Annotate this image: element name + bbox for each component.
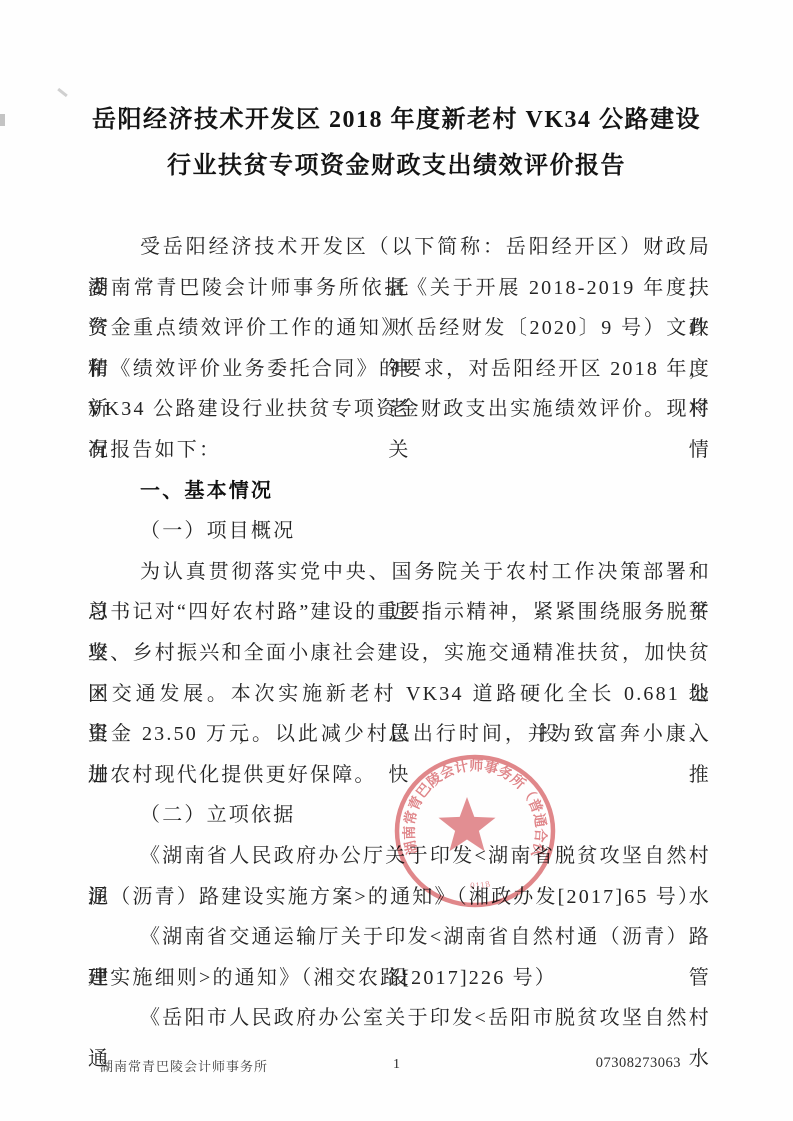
body-line: 和《绩效评价业务委托合同》的要求，对岳阳经开区 2018 年度新老村 xyxy=(88,349,711,390)
body-line: 资金重点绩效评价工作的通知》（岳经财发〔2020〕9 号）文件精神， xyxy=(88,308,711,349)
report-body: 受岳阳经济技术开发区（以下简称：岳阳经开区）财政局委托， 湖南常青巴陵会计师事务… xyxy=(88,227,711,1039)
body-line: 《湖南省交通运输厅关于印发<湖南省自然村通（沥青）路建设管 xyxy=(88,917,711,958)
body-line: 受岳阳经济技术开发区（以下简称：岳阳经开区）财政局委托， xyxy=(88,227,711,268)
report-title-line-2: 行业扶贫专项资金财政支出绩效评价报告 xyxy=(0,143,793,189)
body-line: 为认真贯彻落实党中央、国务院关于农村工作决策部署和习近平 xyxy=(88,552,711,593)
body-line: 总书记对“四好农村路”建设的重要指示精神，紧紧围绕服务脱贫攻 xyxy=(88,592,711,633)
report-title: 岳阳经济技术开发区 2018 年度新老村 VK34 公路建设 行业扶贫专项资金财… xyxy=(0,97,793,189)
subheading-project-overview: （一）项目概况 xyxy=(88,511,711,552)
report-title-line-1: 岳阳经济技术开发区 2018 年度新老村 VK34 公路建设 xyxy=(0,97,793,143)
body-line: 区交通发展。本次实施新老村 VK34 道路硬化全长 0.681 公里，总投入 xyxy=(88,674,711,715)
official-seal-stamp: 湖南常青巴陵会计师事务所（普通合伙） 0118 xyxy=(386,748,564,914)
body-line: 湖南常青巴陵会计师事务所依据《关于开展 2018-2019 年度扶贫财政 xyxy=(88,268,711,309)
heading-basic-situation: 一、基本情况 xyxy=(88,471,711,512)
body-line: 坚、乡村振兴和全面小康社会建设，实施交通精准扶贫，加快贫困地 xyxy=(88,633,711,674)
seal-star-icon xyxy=(439,797,496,851)
seal-serial-text: 0118 xyxy=(470,878,492,890)
report-page: 岳阳经济技术开发区 2018 年度新老村 VK34 公路建设 行业扶贫专项资金财… xyxy=(0,0,793,1121)
body-line: 《岳阳市人民政府办公室关于印发<岳阳市脱贫攻坚自然村通水 xyxy=(88,998,711,1039)
scan-speck xyxy=(57,88,68,97)
footer-phone-number: 07308273063 xyxy=(596,1055,681,1072)
body-line: VK34 公路建设行业扶贫专项资金财政支出实施绩效评价。现将有关情 xyxy=(88,389,711,430)
